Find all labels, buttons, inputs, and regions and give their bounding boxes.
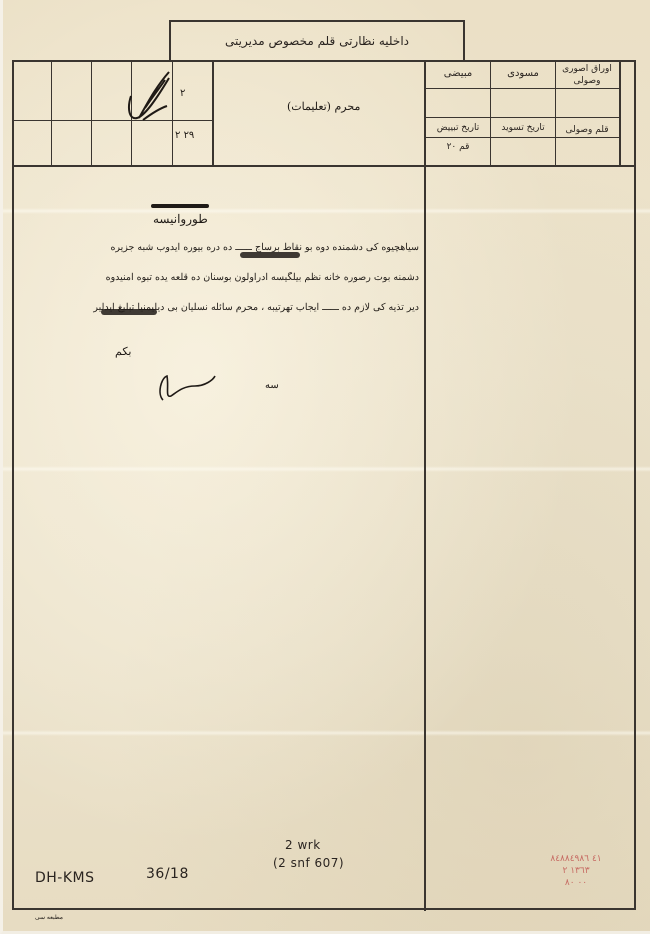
printer-mark: مطبعه سی	[35, 914, 63, 921]
closing-word: بکم	[115, 345, 131, 358]
body-line-1: سیاهچیوه کی دشمنده دوه بو نقاط برساج ـــ…	[21, 242, 419, 253]
cell-evrak-vusul: اوراق اصوری وصولی	[558, 63, 616, 87]
cell-musevvede: مسودی	[492, 68, 554, 80]
redaction-mark	[101, 309, 157, 315]
stamp-line-2: ١٣٦٣ ٢	[531, 865, 621, 877]
document-page: داخلیه نظارتی قلم مخصوص مدیریتی ۲ ۲۹ ۲ م…	[0, 0, 650, 934]
marginal-note-bottom: ۲۹ ۲	[175, 130, 194, 141]
cell-tebyiz-value: قم ۲۰	[427, 141, 489, 153]
redaction-mark	[240, 252, 300, 258]
body-line-3: دیر تذیه کی لازم ده ــــــ ایجاب تهرتیبه…	[21, 302, 419, 313]
heading-underline	[151, 204, 209, 208]
archive-stamp: ٤١ ٨٤٨٨٤٩٨٦ ١٣٦٣ ٢ ٠٠ ٨٠	[531, 853, 621, 889]
marginal-note-top: ۲	[180, 88, 185, 99]
file-number: 36/18	[146, 866, 189, 882]
cell-tarih-tesvid: تاریخ تسوید	[492, 122, 554, 134]
signature-text: حسن فهمی	[155, 372, 160, 373]
stamp-line-3: ٠٠ ٨٠	[531, 877, 621, 889]
body-line-2: دشمنه بوت رصوره خانه نظم بیلگیسه ادراولو…	[21, 272, 419, 283]
cell-kalem-vusul: قلم وصولی	[558, 124, 616, 136]
header-tab: داخلیه نظارتی قلم مخصوص مدیریتی	[169, 20, 465, 60]
signature	[153, 368, 223, 404]
note-line-2: (2 snf 607)	[273, 856, 344, 870]
body-heading: طوروانیسه	[153, 212, 208, 226]
form-frame	[12, 60, 636, 910]
note-line-1: 2 wrk	[285, 838, 321, 852]
header-title: داخلیه نظارتی قلم مخصوص مدیریتی	[225, 34, 409, 48]
header-divider	[12, 165, 636, 167]
signature-note: سه	[265, 380, 279, 391]
subject-label: محرم (تعلیمات)	[287, 100, 360, 113]
archive-code: DH-KMS	[35, 870, 95, 886]
cell-mubeyyeza: مبیضی	[427, 68, 489, 80]
initials-scribble	[125, 68, 175, 128]
cell-tarih-tebyiz: تاریخ تبییض	[427, 122, 489, 134]
stamp-line-1: ٤١ ٨٤٨٨٤٩٨٦	[531, 853, 621, 865]
